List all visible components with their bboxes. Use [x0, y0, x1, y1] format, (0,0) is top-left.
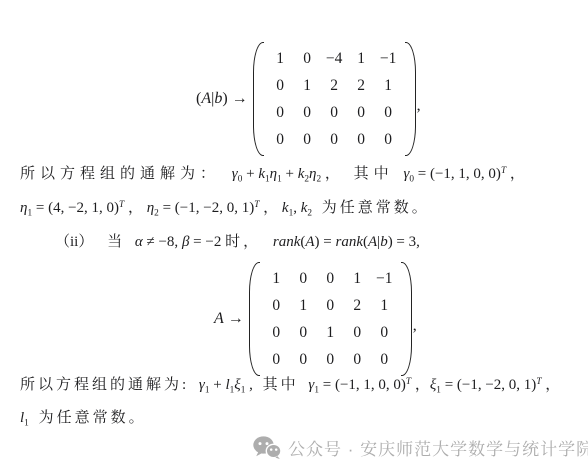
matrix-cell: 0: [321, 126, 348, 153]
solution-line-3: 所以方程组的通解为: γ1 + l1ξ1 , 其中 γ1 = (−1, 1, 0…: [20, 374, 560, 396]
case-ii-line: （ii） 当 α ≠ −8, β = −2 时， rank(A) = rank(…: [55, 231, 420, 253]
matrix-cell: −4: [321, 45, 348, 72]
matrix-cell: 2: [348, 72, 375, 99]
matrix-cell: 1: [294, 72, 321, 99]
matrix-cell: 0: [317, 292, 344, 319]
matrix-cell: 0: [344, 319, 371, 346]
matrix-cell: 0: [317, 265, 344, 292]
matrix-cell: 1: [375, 72, 402, 99]
matrix-cell: 1: [267, 45, 294, 72]
wechat-icon: [253, 436, 281, 459]
matrix-cell: 0: [375, 99, 402, 126]
gamma0-vector: γ0 = (−1, 1, 0, 0)T ，: [403, 166, 524, 182]
matrix-cell: 0: [348, 99, 375, 126]
dang-label: 当: [107, 234, 125, 250]
matrix-cell: 0: [375, 126, 402, 153]
matrix-cell: 0: [317, 346, 344, 373]
matrix-cell: 1: [344, 265, 371, 292]
matrix-cell: 1: [371, 292, 398, 319]
matrix-cell: 2: [321, 72, 348, 99]
matrix-cell: 1: [348, 45, 375, 72]
general-solution-formula-2: γ1 + l1ξ1 ,: [199, 377, 253, 393]
matrix-cell: 0: [267, 72, 294, 99]
coefficient-matrix-block: A → 1001−1010210010000000 ,: [214, 262, 417, 376]
matrix2-right-paren: [401, 262, 412, 376]
matrix-cell: 0: [294, 45, 321, 72]
eta-vectors: η1 = (4, −2, 1, 0)T ， η2 = (−1, −2, 0, 1…: [20, 200, 312, 216]
matrix2-label: A →: [214, 310, 244, 328]
matrix2-left-paren: [249, 262, 260, 376]
matrix-cell: −1: [371, 265, 398, 292]
matrix1-trailing-comma: ,: [417, 97, 421, 115]
case-ii-condition: α ≠ −8, β = −2: [135, 234, 221, 250]
matrix-cell: 0: [371, 319, 398, 346]
matrix-cell: 0: [263, 346, 290, 373]
case-ii-label: （ii）: [55, 234, 93, 250]
matrix-cell: 0: [371, 346, 398, 373]
solution-line-1: 所以方程组的通解为： γ0 + k1η1 + k2η2 ， 其中 γ0 = (−…: [20, 163, 525, 185]
solution2-prefix: 所以方程组的通解为:: [20, 377, 189, 393]
solution1-prefix: 所以方程组的通解为：: [20, 166, 220, 182]
matrix-cell: 1: [290, 292, 317, 319]
arbitrary-constants-text-1: 为任意常数。: [322, 200, 430, 216]
matrix1-label: (A|b) →: [196, 90, 248, 108]
matrix1-left-paren: [253, 42, 264, 156]
matrix-cell: 0: [263, 319, 290, 346]
matrix2-grid: 1001−1010210010000000: [260, 262, 401, 376]
matrix1-grid: 10−41−1012210000000000: [264, 42, 405, 156]
matrix2-trailing-comma: ,: [413, 317, 417, 335]
matrix-cell: 2: [344, 292, 371, 319]
general-solution-formula-1: γ0 + k1η1 + k2η2 ，: [232, 166, 340, 182]
matrix-cell: 1: [263, 265, 290, 292]
matrix-cell: 0: [290, 319, 317, 346]
shi-label: 时，: [225, 234, 261, 250]
rank-equation: rank(A) = rank(A|b) = 3,: [273, 234, 420, 250]
matrix-cell: 0: [267, 99, 294, 126]
watermark: 公众号 · 安庆师范大学数学与统计学院: [253, 435, 588, 460]
arbitrary-constants-text-2: 为任意常数。: [39, 410, 147, 426]
matrix-cell: 0: [348, 126, 375, 153]
matrix-cell: 0: [321, 99, 348, 126]
matrix-cell: 0: [263, 292, 290, 319]
matrix-cell: 0: [344, 346, 371, 373]
matrix-cell: 1: [317, 319, 344, 346]
matrix-cell: −1: [375, 45, 402, 72]
gamma1-xi1-vectors: γ1 = (−1, 1, 0, 0)T ，ξ1 = (−1, −2, 0, 1)…: [308, 377, 560, 393]
augmented-matrix-block: (A|b) → 10−41−1012210000000000 ,: [196, 42, 421, 156]
matrix-cell: 0: [290, 346, 317, 373]
matrix-cell: 0: [267, 126, 294, 153]
qizhong-label-2: 其中: [263, 377, 299, 393]
matrix1-right-paren: [405, 42, 416, 156]
solution-line-2: η1 = (4, −2, 1, 0)T ， η2 = (−1, −2, 0, 1…: [20, 197, 430, 219]
matrix-cell: 0: [294, 126, 321, 153]
document-page: (A|b) → 10−41−1012210000000000 , 所以方程组的通…: [0, 0, 588, 470]
solution-line-4: l1 为任意常数。: [20, 407, 147, 429]
l1-symbol: l1: [20, 410, 29, 426]
watermark-text: 公众号 · 安庆师范大学数学与统计学院: [288, 435, 588, 460]
qizhong-label-1: 其中: [354, 166, 394, 182]
matrix-cell: 0: [290, 265, 317, 292]
matrix-cell: 0: [294, 99, 321, 126]
